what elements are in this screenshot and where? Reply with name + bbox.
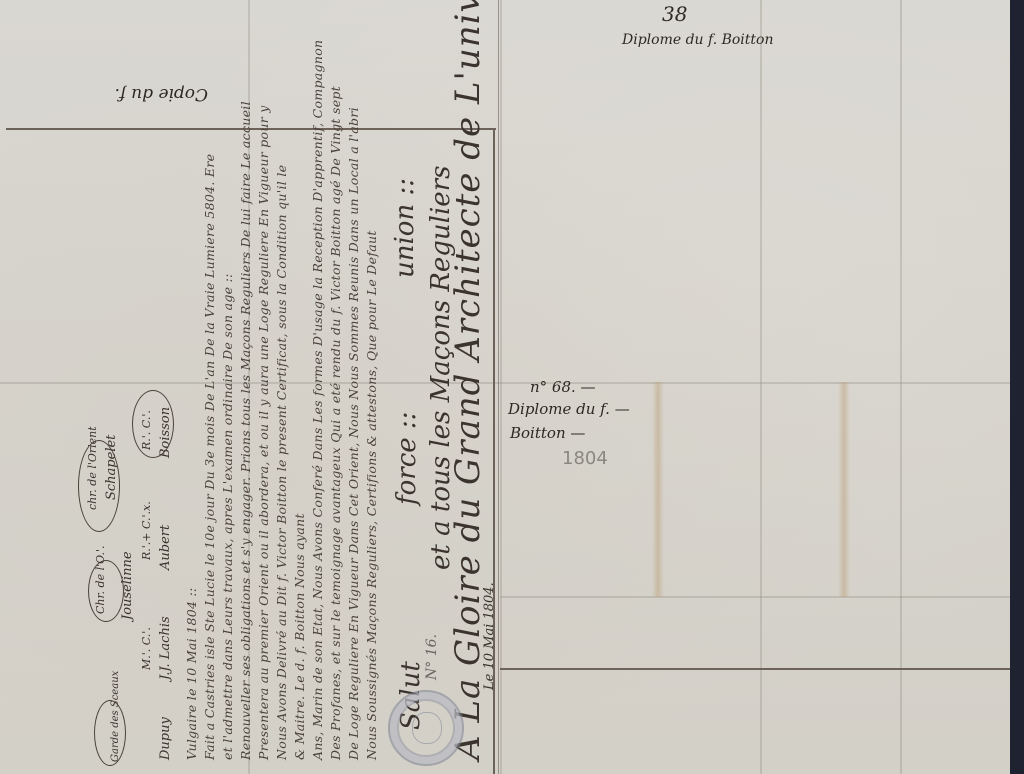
signature-flourish — [78, 440, 120, 532]
stain — [652, 382, 664, 597]
lodge-seal — [388, 690, 464, 766]
docket-year: 1804 — [562, 448, 608, 469]
stain — [838, 382, 850, 597]
upside-down-note: Copie du f. — [115, 84, 208, 104]
body-line: De Loge Reguliere En Vigueur Dans Cet Or… — [346, 107, 361, 760]
diploma-subheading: et a tous les Maçons Reguliers — [426, 166, 456, 570]
center-fold — [500, 0, 502, 774]
body-line: Des Profanes, et sur le temoignage avant… — [328, 86, 343, 760]
fold-line — [0, 382, 1010, 384]
signature: Aubert — [158, 525, 173, 570]
signature-flourish — [88, 560, 124, 622]
docket-line2: Boitton — — [510, 424, 585, 442]
signature-flourish — [94, 700, 126, 766]
date-line: Le 10 Mai 1804. — [482, 582, 497, 690]
fold-line — [500, 596, 1010, 598]
signature: Dupuy — [158, 717, 173, 760]
signature-title: M.'. C.'. — [140, 627, 153, 670]
seal-emblem-icon — [412, 712, 442, 744]
motto-force: force :: — [392, 412, 422, 505]
body-line: Presentera au premier Orient ou il abord… — [256, 105, 271, 760]
document-sheet: 38 Diplome du f. Boitton n° 68. — Diplom… — [0, 0, 1010, 774]
body-line: Nous Avons Delivré au Dit f. Victor Boit… — [274, 165, 289, 760]
body-line: Ans, Marin de son Etat, Nous Avons Confe… — [310, 40, 325, 760]
back-rule — [500, 668, 1010, 670]
body-line: Vulgaire le 10 Mai 1804 :: — [184, 587, 199, 760]
body-line: Nous Soussignés Maçons Reguliers, Certif… — [364, 230, 379, 760]
signature-title: R.'.+ C.'.x. — [140, 501, 153, 560]
body-line: et l'admettre dans Leurs travaux, apres … — [220, 273, 235, 760]
top-number: 38 — [662, 2, 687, 26]
top-label: Diplome du f. Boitton — [622, 32, 773, 48]
signature-flourish — [132, 390, 174, 458]
fold-line — [760, 0, 762, 774]
body-line: Renouveller ses obligations et s'y engag… — [238, 101, 253, 760]
fold-line — [900, 0, 902, 774]
motto-union: union :: — [390, 178, 420, 278]
body-line: & Maitre. Le d. f. Boitton Nous ayant — [292, 513, 307, 760]
docket-number: n° 68. — — [530, 378, 596, 396]
signature: J.J. Lachis — [158, 616, 173, 680]
body-line: Fait a Castries isle Ste Lucie le 10e jo… — [202, 154, 217, 760]
number-mark: N° 16. — [424, 634, 440, 680]
docket-line1: Diplome du f. — — [508, 400, 630, 418]
outer-rule — [498, 0, 499, 774]
